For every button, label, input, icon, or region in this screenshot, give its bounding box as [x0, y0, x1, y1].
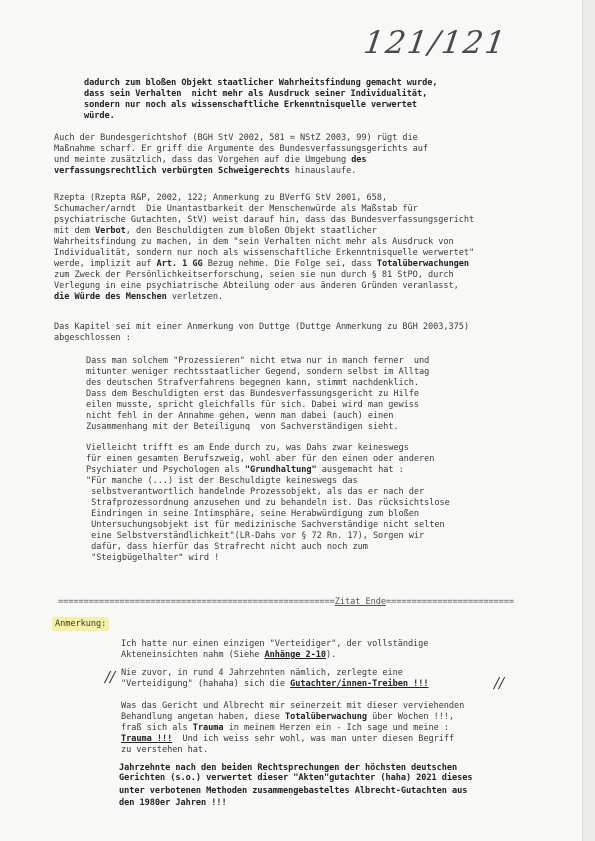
- anmerkung-line: fraß sich als Trauma in meinem Herzen ei…: [121, 723, 449, 733]
- text-line: abgeschlossen :: [54, 333, 131, 343]
- anmerkung-line: Trauma !!! Und ich weiss sehr wohl, was …: [121, 734, 454, 744]
- anmerkung-line: unter verbotenen Methoden zusammengebast…: [119, 786, 467, 796]
- text-line: Rzepta (Rzepta R&P, 2002, 122; Anmerkung…: [54, 193, 387, 203]
- quote-line: selbstverantwortlich handelnde Prozessob…: [86, 487, 424, 497]
- quote-line: Zusammenhang mit der Beteiligunq von Sac…: [86, 422, 399, 432]
- quote-line: mitunter weniger rechtsstaatlicher Gegen…: [86, 367, 429, 377]
- handwritten-slashes-left: //: [105, 668, 115, 686]
- separator-left: ========================================…: [58, 597, 335, 607]
- anmerkung-line: Akteneinsichten nahm (Siehe Anhänge 2-10…: [121, 650, 336, 660]
- quote-line: dadurch zum bloßen Objekt staatlicher Wa…: [84, 78, 438, 88]
- quote-line: Dass dem Beschuldigten erst das Bundesve…: [86, 389, 419, 399]
- quote-line: Eindringen in seine Intimsphäre, seine H…: [86, 509, 419, 519]
- quote-line: "Steigbügelhalter" wird !: [86, 553, 219, 563]
- anmerkung-line: "Verteidigung" (hahaha) sich die Gutacht…: [121, 679, 428, 689]
- text-line: Individualität, sondern nur noch als wis…: [54, 248, 474, 258]
- zitat-ende-label: Zitat Ende: [335, 597, 386, 607]
- bold-span: Totalüberwachungen: [377, 259, 469, 269]
- text-span: Psychiater und Psychologen als: [86, 465, 245, 475]
- anmerkung-line: Behandlung angetan haben, diese Totalübe…: [121, 712, 454, 722]
- anmerkung-line: Gerichten (s.o.) verwertet dieser "Akten…: [119, 773, 473, 783]
- text-line: psychiatrische Gutachten, StV) weist dar…: [54, 215, 474, 225]
- text-line: mit dem Verbot, den Beschuldigten zum bl…: [54, 226, 377, 236]
- text-line: zum Zweck der Persönlichkeitserforschung…: [54, 270, 454, 280]
- anhaenge-reference: Anhänge 2-10: [264, 650, 326, 660]
- bold-span: die Würde des Menschen: [54, 292, 167, 302]
- quote-line: des deutschen Strafverfahrens begegnen k…: [86, 378, 419, 388]
- quote-line: für einen gesamten Berufszweig, wohl abe…: [86, 454, 434, 464]
- bold-span: Verbot: [95, 226, 126, 236]
- bold-span: Trauma: [193, 723, 224, 733]
- quote-line: dass sein Verhalten nicht mehr als Ausdr…: [84, 89, 427, 99]
- text-line: Maßnahme scharf. Er griff die Argumente …: [54, 144, 428, 154]
- text-span: über Wochen !!!,: [367, 712, 454, 722]
- text-line: Schumacher/arndt Die Unantastbarkeit der…: [54, 204, 418, 214]
- quote-line: eine Selbstverständlichkeit"(LR-Dahs vor…: [86, 531, 424, 541]
- text-span: Behandlung angetan haben, diese: [121, 712, 285, 722]
- document-page: 121/121 dadurch zum bloßen Objekt staatl…: [0, 0, 583, 841]
- text-line: die Würde des Menschen verletzen.: [54, 292, 223, 302]
- text-line: Wahrheitsfindung zu machen, in dem "sein…: [54, 237, 454, 247]
- quote-line: sondern nur noch als wissenschaftliche E…: [84, 100, 417, 110]
- text-line: werde, implizit auf Art. 1 GG Bezug nehm…: [54, 259, 469, 269]
- bold-span: Trauma !!!: [121, 734, 172, 744]
- text-span: mit dem: [54, 226, 95, 236]
- bold-span: "Grundhaltung": [245, 465, 317, 475]
- anmerkung-line: Nie zuvor, in rund 4 Jahrzehnten nämlich…: [121, 668, 403, 678]
- text-span: ausgemacht hat :: [317, 465, 404, 475]
- quote-line: dafür, dass hierfür das Strafrecht nicht…: [86, 542, 368, 552]
- anmerkung-line: zu verstehen hat.: [121, 745, 208, 755]
- text-line: und meinte zusätzlich, dass das Vorgehen…: [54, 155, 367, 165]
- text-span: hinauslaufe.: [290, 166, 357, 176]
- anmerkung-label-wrap: Anmerkung:: [52, 619, 109, 629]
- text-span: fraß sich als: [121, 723, 193, 733]
- text-span: in meinem Herzen ein - Ich sage und mein…: [224, 723, 449, 733]
- text-span: und meinte zusätzlich, dass das Vorgehen…: [54, 155, 351, 165]
- handwritten-page-number: 121/121: [361, 25, 509, 61]
- quote-line: nicht fehl in der Annahme gehen, wenn ma…: [86, 411, 393, 421]
- bold-span: verfassungsrechtlich verbürgten Schweige…: [54, 166, 290, 176]
- text-line: Das Kapitel sei mit einer Anmerkung von …: [54, 322, 469, 332]
- quote-line: Dass man solchem "Prozessieren" nicht et…: [86, 356, 429, 366]
- quote-line: würde.: [84, 111, 115, 121]
- bold-span: Gutachter/innen-Treiben !!!: [290, 679, 428, 689]
- text-line: Auch der Bundesgerichtshof (BGH StV 2002…: [54, 133, 418, 143]
- handwritten-slashes-right: //: [494, 674, 504, 692]
- quote-line: "Für manche (...) ist der Beschuldigte k…: [86, 476, 358, 486]
- quote-line: Strafprozessordnung anzusehen und zu beh…: [86, 498, 450, 508]
- text-span: Akteneinsichten nahm (Siehe: [121, 650, 264, 660]
- anmerkung-line: Was das Gericht und Albrecht mir seinerz…: [121, 701, 464, 711]
- text-span: Und ich weiss sehr wohl, was man unter d…: [172, 734, 454, 744]
- text-span: verletzen.: [167, 292, 223, 302]
- anmerkung-line: Jahrzehnte nach den beiden Rechtsprechun…: [119, 763, 457, 773]
- text-line: Verlegung in eine psychiatrische Abteilu…: [54, 281, 459, 291]
- bold-span: Totalüberwachung: [285, 712, 367, 722]
- anmerkung-line: den 1980er Jahren !!!: [119, 798, 227, 808]
- bold-span: des: [351, 155, 366, 165]
- quote-line: eilen musste, spricht gleichfalls für si…: [86, 400, 419, 410]
- text-span: werde, implizit auf: [54, 259, 156, 269]
- anmerkung-line: Ich hatte nur einen einzigen "Verteidige…: [121, 639, 428, 649]
- text-line: verfassungsrechtlich verbürgten Schweige…: [54, 166, 356, 176]
- zitat-ende-separator: ========================================…: [58, 597, 514, 607]
- text-span: ).: [326, 650, 336, 660]
- quote-line: Untersuchungsobjekt ist für medizinische…: [86, 520, 445, 530]
- text-span: , den Beschuldigten zum bloßen Objekt st…: [126, 226, 377, 236]
- quote-line: Vielleicht trifft es am Ende durch zu, w…: [86, 443, 409, 453]
- anmerkung-label: Anmerkung:: [52, 617, 109, 631]
- text-span: "Verteidigung" (hahaha) sich die: [121, 679, 290, 689]
- quote-line: Psychiater und Psychologen als "Grundhal…: [86, 465, 404, 475]
- text-span: Bezug nehme. Die Folge sei, dass: [203, 259, 377, 269]
- bold-span: Art. 1 GG: [156, 259, 202, 269]
- separator-right: =========================: [386, 597, 514, 607]
